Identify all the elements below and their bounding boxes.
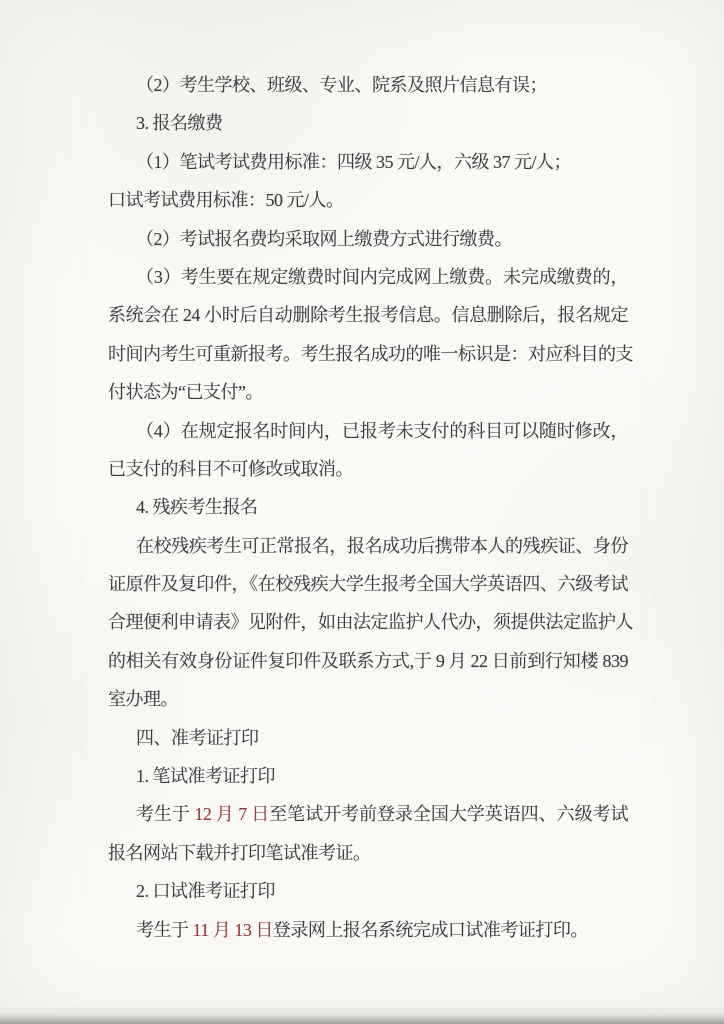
text-line: （4）在规定报名时间内，已报考未支付的科目可以随时修改，: [108, 412, 628, 450]
text-segment: 至笔试开考前登录全国大学英语四、六级考试: [269, 804, 628, 824]
document-text-block: （2）考生学校、班级、专业、院系及照片信息有误；3. 报名缴费（1）笔试考试费用…: [108, 66, 628, 949]
text-segment: 室办理。: [108, 689, 178, 709]
text-segment: 2. 口试准考证打印: [136, 881, 275, 901]
text-segment: 报名网站下载并打印笔试准考证。: [108, 843, 371, 863]
text-line: 室办理。: [108, 680, 628, 718]
highlighted-date: 11 月 13 日: [193, 920, 273, 940]
text-segment: （4）在规定报名时间内，已报考未支付的科目可以随时修改，: [136, 421, 628, 441]
text-segment: （2）考生学校、班级、专业、院系及照片信息有误；: [136, 75, 547, 95]
text-line: 4. 残疾考生报名: [108, 488, 628, 526]
text-line: 四、准考证打印: [108, 719, 628, 757]
text-line: 的相关有效身份证件复印件及联系方式,于 9 月 22 日前到行知楼 839: [108, 642, 628, 680]
text-segment: 付状态为“已支付”。: [108, 382, 263, 402]
text-line: 系统会在 24 小时后自动删除考生报考信息。信息删除后，报名规定: [108, 296, 628, 334]
text-segment: 3. 报名缴费: [136, 113, 223, 133]
text-line: 时间内考生可重新报考。考生报名成功的唯一标识是：对应科目的支: [108, 335, 628, 373]
text-line: 付状态为“已支付”。: [108, 373, 628, 411]
text-segment: 证原件及复印件，《在校残疾大学生报考全国大学英语四、六级考试: [108, 574, 628, 594]
text-line: （2）考生学校、班级、专业、院系及照片信息有误；: [108, 66, 628, 104]
text-line: （1）笔试考试费用标准：四级 35 元/人，六级 37 元/人；: [108, 143, 628, 181]
page-bottom-edge: [0, 1006, 724, 1024]
text-segment: 系统会在 24 小时后自动删除考生报考信息。信息删除后，报名规定: [108, 305, 628, 325]
text-line: 1. 笔试准考证打印: [108, 757, 628, 795]
text-line: 口试考试费用标准：50 元/人。: [108, 181, 628, 219]
text-segment: 登录网上报名系统完成口试准考证打印。: [273, 920, 588, 940]
text-segment: （1）笔试考试费用标准：四级 35 元/人，六级 37 元/人；: [136, 152, 571, 172]
text-line: 报名网站下载并打印笔试准考证。: [108, 834, 628, 872]
text-segment: 合理便利申请表》见附件，如由法定监护人代办，须提供法定监护人: [108, 612, 633, 632]
text-segment: 4. 残疾考生报名: [136, 497, 258, 517]
text-line: （3）考生要在规定缴费时间内完成网上缴费。未完成缴费的，: [108, 258, 628, 296]
text-segment: 考生于: [136, 804, 194, 824]
text-segment: 在校残疾考生可正常报名，报名成功后携带本人的残疾证、身份: [136, 536, 628, 556]
text-segment: 的相关有效身份证件复印件及联系方式,于 9 月 22 日前到行知楼 839: [108, 651, 628, 671]
text-segment: （2）考试报名费均采取网上缴费方式进行缴费。: [136, 229, 512, 249]
text-line: 合理便利申请表》见附件，如由法定监护人代办，须提供法定监护人: [108, 603, 628, 641]
text-line: 证原件及复印件，《在校残疾大学生报考全国大学英语四、六级考试: [108, 565, 628, 603]
text-segment: 口试考试费用标准：50 元/人。: [108, 190, 344, 210]
document-page: （2）考生学校、班级、专业、院系及照片信息有误；3. 报名缴费（1）笔试考试费用…: [0, 0, 724, 1024]
text-segment: 时间内考生可重新报考。考生报名成功的唯一标识是：对应科目的支: [108, 344, 633, 364]
text-line: 2. 口试准考证打印: [108, 872, 628, 910]
highlighted-date: 12 月 7 日: [194, 804, 269, 824]
text-segment: （3）考生要在规定缴费时间内完成网上缴费。未完成缴费的，: [136, 267, 628, 287]
text-line: 在校残疾考生可正常报名，报名成功后携带本人的残疾证、身份: [108, 527, 628, 565]
text-line: （2）考试报名费均采取网上缴费方式进行缴费。: [108, 220, 628, 258]
text-segment: 已支付的科目不可修改或取消。: [108, 459, 353, 479]
text-line: 考生于 12 月 7 日至笔试开考前登录全国大学英语四、六级考试: [108, 795, 628, 833]
text-segment: 四、准考证打印: [136, 728, 259, 748]
text-line: 3. 报名缴费: [108, 104, 628, 142]
text-segment: 1. 笔试准考证打印: [136, 766, 275, 786]
text-line: 考生于 11 月 13 日登录网上报名系统完成口试准考证打印。: [108, 911, 628, 949]
text-line: 已支付的科目不可修改或取消。: [108, 450, 628, 488]
text-segment: 考生于: [136, 920, 193, 940]
